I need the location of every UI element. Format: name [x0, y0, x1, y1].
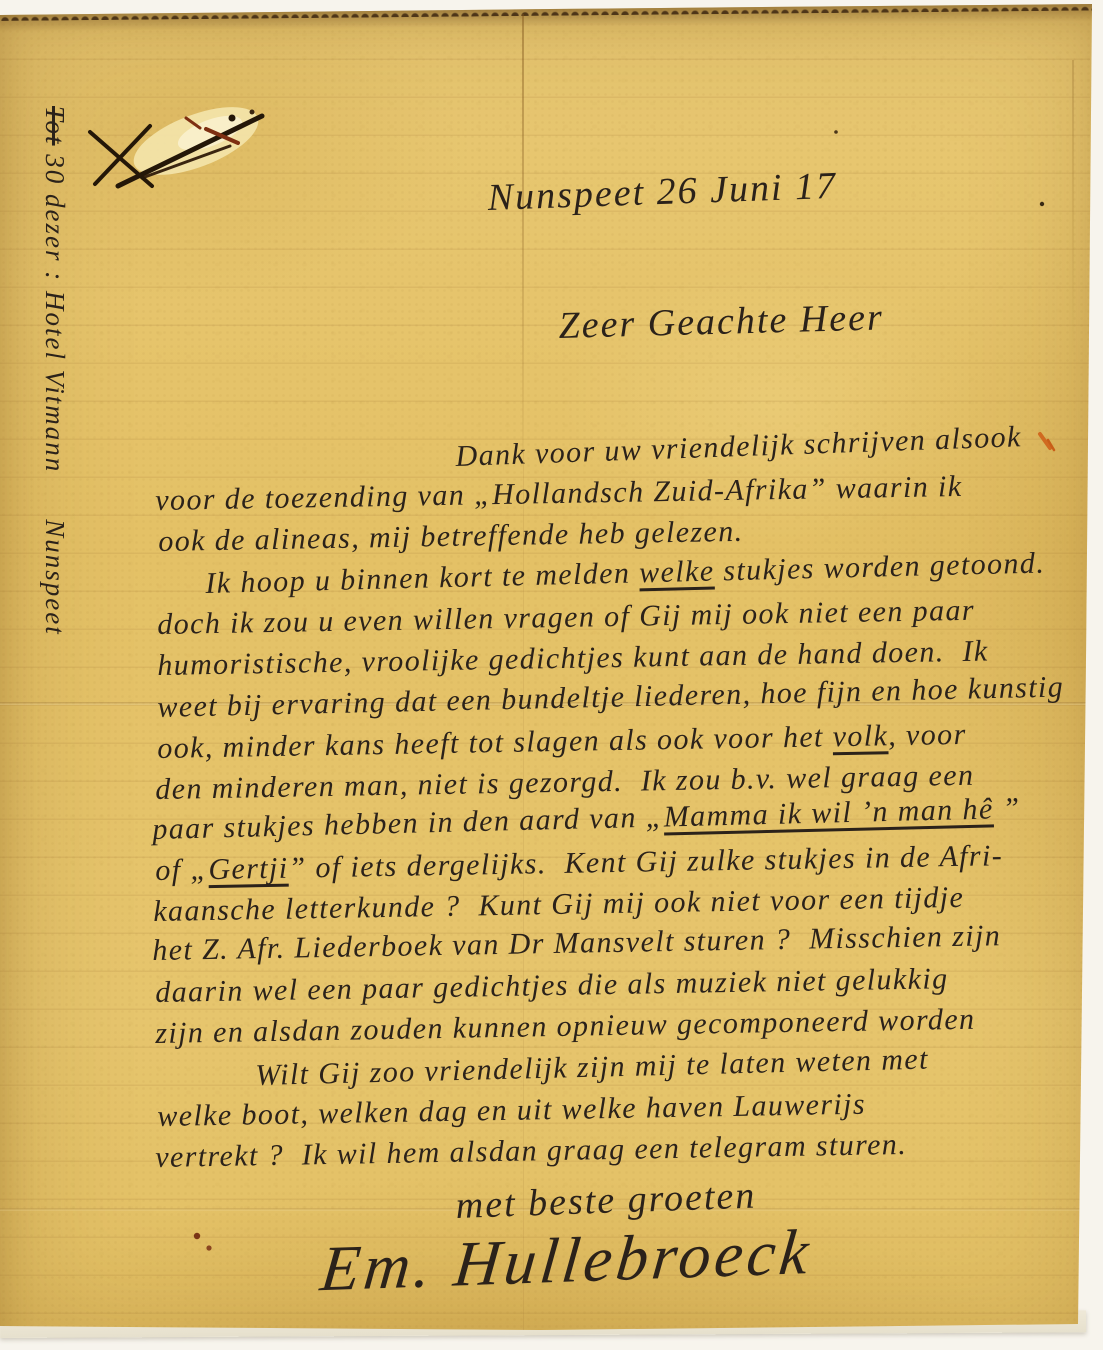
crease-right-edge — [1072, 60, 1074, 360]
underlined-word: volk — [832, 719, 888, 753]
fold-crease-vertical — [522, 14, 524, 454]
underlined-title: Gertji — [208, 852, 289, 886]
salutation: Zeer Geachte Heer — [558, 295, 884, 347]
crossed-out-word: Tot — [40, 106, 70, 146]
underlined-word: welke — [639, 555, 715, 590]
margin-note: Tot 30 dezer : Hotel VitmannNunspeet na … — [0, 106, 172, 637]
margin-note-place-1: Nunspeet — [40, 519, 70, 636]
underlined-title: Mamma ik wil ’n man hê — [663, 792, 994, 833]
letter-photo: Tot 30 dezer : Hotel VitmannNunspeet na … — [0, 0, 1103, 1350]
margin-note-line-1: Tot 30 dezer : Hotel VitmannNunspeet — [31, 106, 78, 637]
letter-paper: Tot 30 dezer : Hotel VitmannNunspeet na … — [0, 0, 1103, 1350]
